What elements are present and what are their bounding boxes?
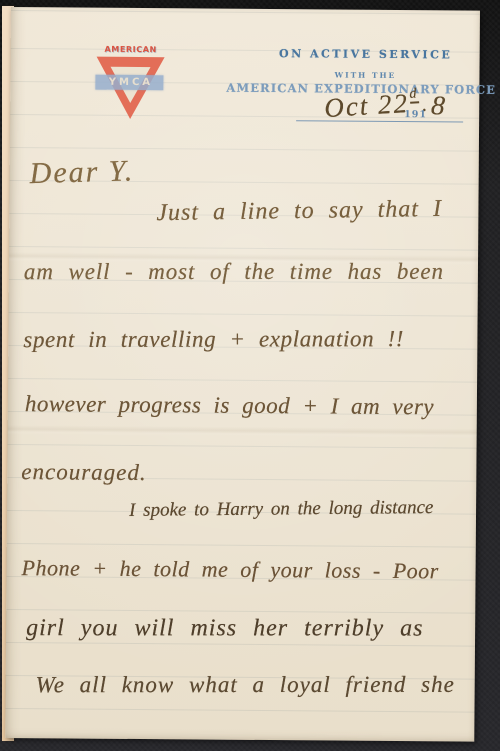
letter-paper: AMERICAN YMCA ON ACTIVE SERVICE WITH THE… — [5, 7, 480, 742]
letter-line: I spoke to Harry on the long distance — [129, 497, 434, 522]
letter-line: encouraged. — [21, 459, 147, 486]
american-ymca-logo: AMERICAN YMCA — [94, 39, 167, 128]
letterhead-line-with-the: WITH THE — [250, 70, 480, 81]
letter-line: Just a line to say that I — [156, 196, 442, 227]
letter-line: We all know what a loyal friend she — [36, 672, 455, 698]
logo-ymca-bar: YMCA — [95, 75, 163, 91]
logo-american-label: AMERICAN — [101, 45, 161, 54]
letter-line: girl you will miss her terribly as — [26, 615, 423, 642]
fold-crease — [8, 425, 477, 439]
date-ordinal: d — [409, 86, 419, 104]
date-printed-year: 191 — [404, 109, 427, 120]
letter-line: spent in travelling + explanation !! — [23, 326, 404, 353]
letter-scan-photo: AMERICAN YMCA ON ACTIVE SERVICE WITH THE… — [0, 0, 500, 751]
letter-line-salutation: Dear Y. — [29, 154, 134, 191]
date-day-text: Oct 22 — [323, 88, 409, 123]
date-year-digit: 8 — [430, 90, 446, 122]
letter-line: am well - most of the time has been — [24, 259, 444, 285]
letterhead-line-on-active-service: ON ACTIVE SERVICE — [251, 47, 481, 62]
logo-ymca-label: YMCA — [106, 77, 153, 88]
letter-line: however progress is good + I am very — [25, 391, 434, 420]
letter-line: Phone + he told me of your loss - Poor — [21, 555, 438, 584]
